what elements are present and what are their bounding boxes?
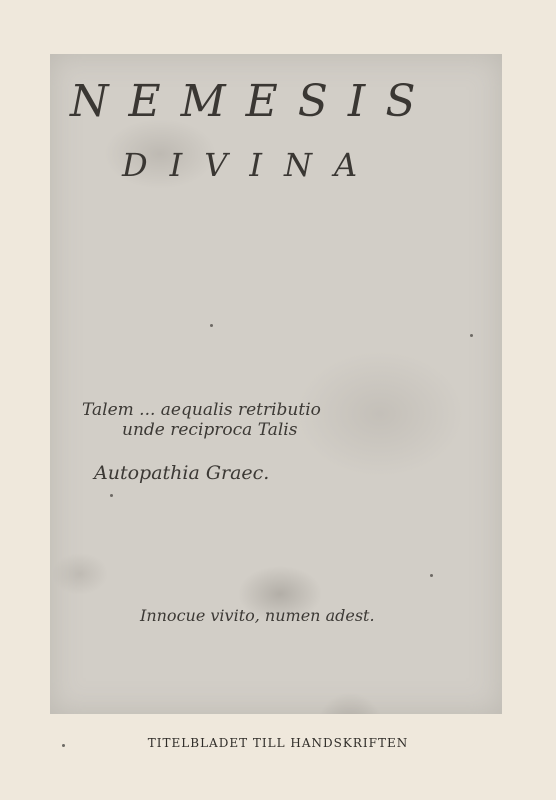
manuscript-title-divina: DIVINA	[122, 146, 556, 184]
figure-caption: TITELBLADET TILL HANDSKRIFTEN	[0, 736, 556, 750]
handwritten-line-2: unde reciproca Talis	[122, 420, 297, 440]
handwritten-motto: Innocue vivito, numen adest.	[140, 606, 375, 625]
manuscript-plate: NEMESIS DIVINA Talem ... aequalis retrib…	[50, 54, 502, 714]
ink-speck	[470, 334, 473, 337]
ink-speck	[110, 494, 113, 497]
manuscript-title-nemesis: NEMESIS	[70, 76, 522, 127]
ink-speck	[210, 324, 213, 327]
handwritten-line-1: Talem ... aequalis retributio	[82, 400, 321, 420]
handwritten-line-3: Autopathia Graec.	[94, 462, 269, 484]
ink-speck	[430, 574, 433, 577]
